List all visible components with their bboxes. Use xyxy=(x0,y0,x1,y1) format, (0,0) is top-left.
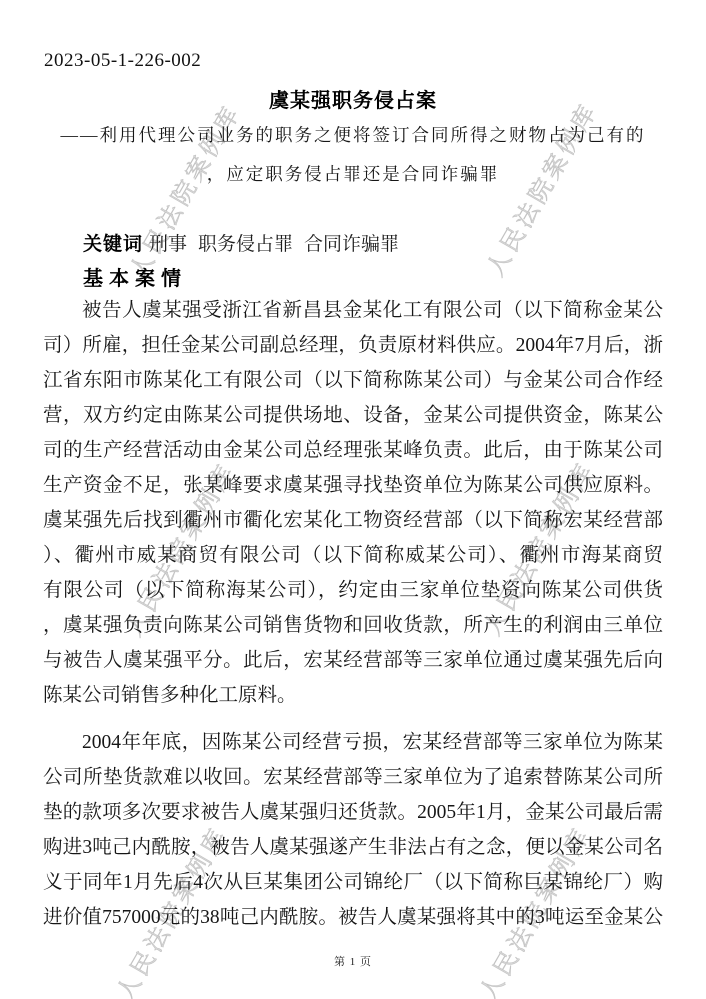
body-line: 购进3吨己内酰胺，被告人虞某强遂产生非法占有之念，便以金某公司名 xyxy=(43,830,663,865)
body-line: 虞某强先后找到衢州市衢化宏某化工物资经营部（以下简称宏某经营部 xyxy=(43,503,663,538)
body-line: 有限公司（以下简称海某公司），约定由三家单位垫资向陈某公司供货 xyxy=(43,573,663,608)
document-content: 2023-05-1-226-002 虞某强职务侵占案 ——利用代理公司业务的职务… xyxy=(0,0,706,999)
keyword-term: 刑事 xyxy=(149,234,187,255)
document-page: 人民法院案例库 人民法院案例库 人民法院案例库 人民法院案例库 人民法院案例库 … xyxy=(0,0,706,999)
keyword-term: 职务侵占罪 xyxy=(198,234,293,255)
body-line: 2004年年底，因陈某公司经营亏损，宏某经营部等三家单位为陈某 xyxy=(43,725,663,760)
page-number-footer: 第 1 页 xyxy=(0,953,706,969)
body-line: 司）所雇，担任金某公司副总经理，负责原材料供应。2004年7月后，浙 xyxy=(43,328,663,363)
body-line: 营，双方约定由陈某公司提供场地、设备，金某公司提供资金，陈某公 xyxy=(43,398,663,433)
body-line: 江省东阳市陈某化工有限公司（以下简称陈某公司）与金某公司合作经 xyxy=(43,363,663,398)
case-number: 2023-05-1-226-002 xyxy=(44,50,201,72)
section-heading-basic-facts: 基本案情 xyxy=(83,262,187,291)
body-paragraph: 被告人虞某强受浙江省新昌县金某化工有限公司（以下简称金某公司）所雇，担任金某公司… xyxy=(43,293,663,713)
body-paragraph: 2004年年底，因陈某公司经营亏损，宏某经营部等三家单位为陈某公司所垫货款难以收… xyxy=(43,725,663,935)
case-subtitle-line-2: ，应定职务侵占罪还是合同诈骗罪 xyxy=(0,161,706,186)
body-line: 被告人虞某强受浙江省新昌县金某化工有限公司（以下简称金某公 xyxy=(43,293,663,328)
body-line: 生产资金不足，张某峰要求虞某强寻找垫资单位为陈某公司供应原料。 xyxy=(43,468,663,503)
body-line: ，虞某强负责向陈某公司销售货物和回收货款，所产生的利润由三单位 xyxy=(43,608,663,643)
keywords-label: 关键词 xyxy=(83,234,143,255)
body-line: 陈某公司销售多种化工原料。 xyxy=(43,678,663,713)
keyword-term: 合同诈骗罪 xyxy=(304,234,399,255)
body-line: 进价值757000元的38吨己内酰胺。被告人虞某强将其中的3吨运至金某公 xyxy=(43,900,663,935)
body-line: 司的生产经营活动由金某公司总经理张某峰负责。此后，由于陈某公司 xyxy=(43,433,663,468)
body-line: ）、衢州市威某商贸有限公司（以下简称威某公司）、衢州市海某商贸 xyxy=(43,538,663,573)
case-body: 被告人虞某强受浙江省新昌县金某化工有限公司（以下简称金某公司）所雇，担任金某公司… xyxy=(43,293,663,947)
keywords-terms: 刑事职务侵占罪合同诈骗罪 xyxy=(149,234,410,255)
body-line: 公司所垫货款难以收回。宏某经营部等三家单位为了追索替陈某公司所 xyxy=(43,760,663,795)
case-title: 虞某强职务侵占案 xyxy=(0,84,706,113)
body-line: 义于同年1月先后4次从巨某集团公司锦纶厂（以下简称巨某锦纶厂）购 xyxy=(43,865,663,900)
body-line: 垫的款项多次要求被告人虞某强归还货款。2005年1月，金某公司最后需 xyxy=(43,795,663,830)
keywords-row: 关键词刑事职务侵占罪合同诈骗罪 xyxy=(83,229,410,256)
body-line: 与被告人虞某强平分。此后，宏某经营部等三家单位通过虞某强先后向 xyxy=(43,643,663,678)
case-subtitle-line-1: ——利用代理公司业务的职务之便将签订合同所得之财物占为己有的 xyxy=(0,122,706,147)
